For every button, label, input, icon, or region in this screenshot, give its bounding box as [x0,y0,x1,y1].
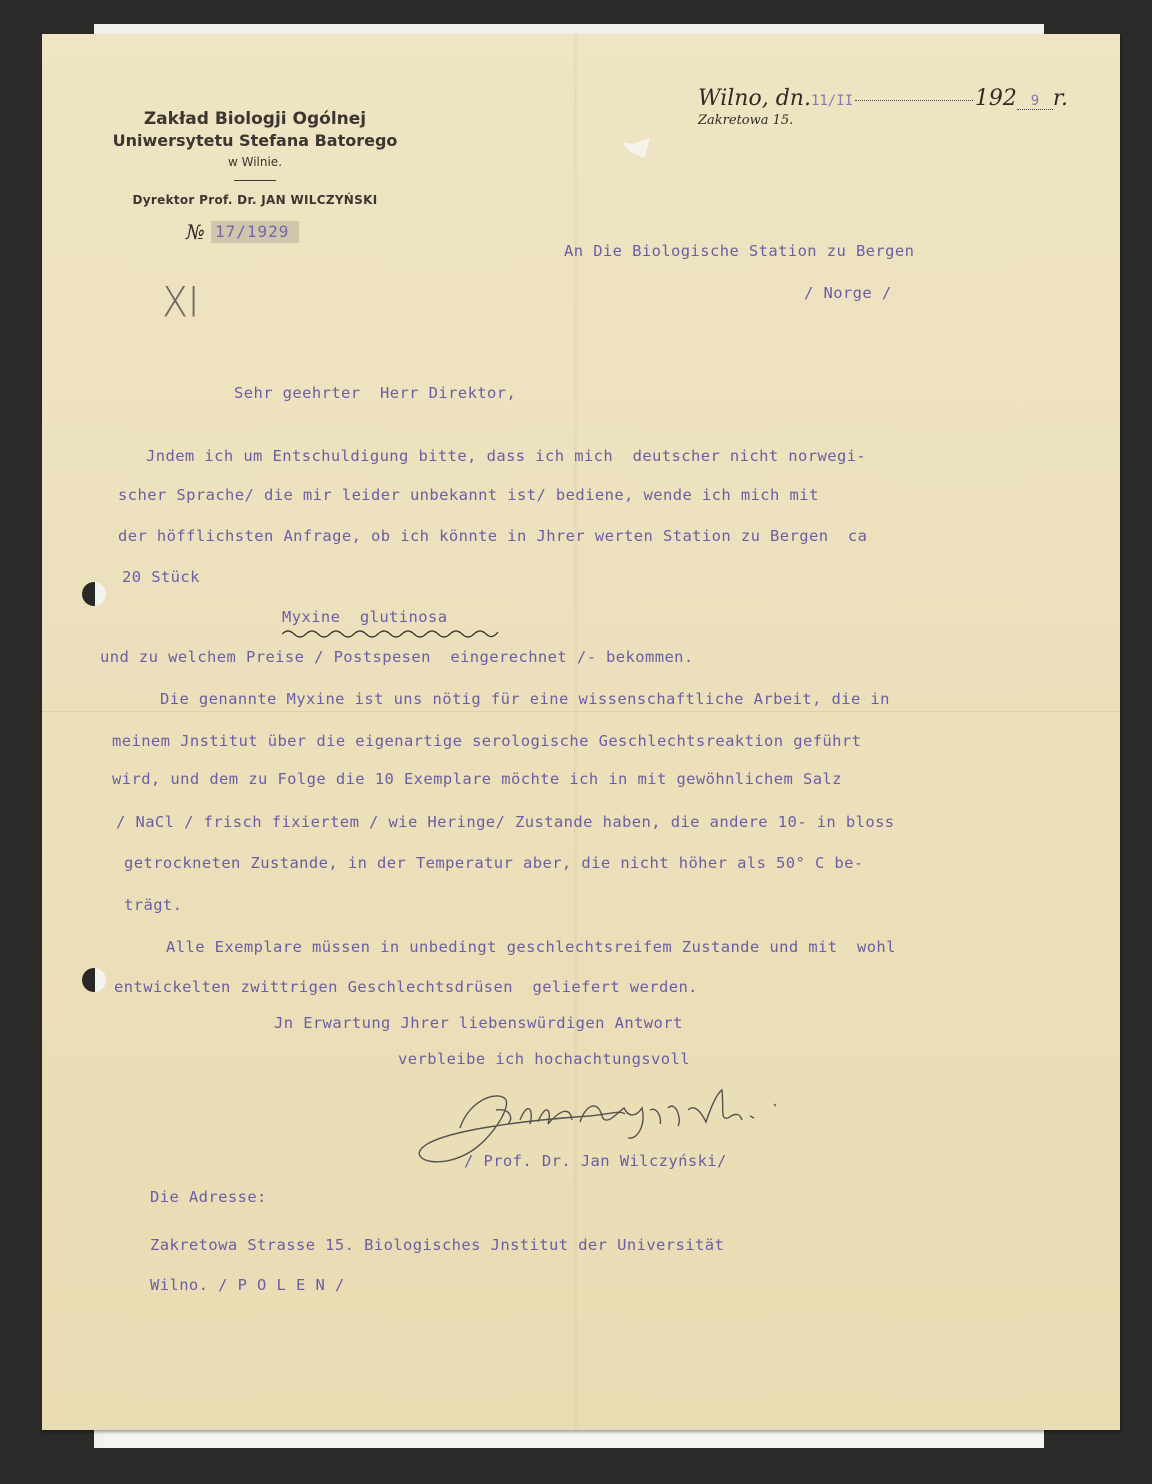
body-line: scher Sprache/ die mir leider unbekannt … [118,486,819,504]
dotted-line [855,100,973,101]
address-line-2: Wilno. / P O L E N / [150,1276,345,1294]
year-prefix: 192 [975,86,1017,111]
recipient-line-1: An Die Biologische Station zu Bergen [564,242,914,260]
body-line: / NaCl / frisch fixiertem / wie Heringe/… [116,813,895,831]
typed-signature: / Prof. Dr. Jan Wilczyński/ [464,1152,727,1170]
reference-number: № 17/1929 [186,220,299,244]
body-line: 20 Stück [122,568,200,586]
handwritten-annotation: XI [162,278,199,326]
numero-symbol: № [186,220,205,244]
body-line: wird, und dem zu Folge die 10 Exemplare … [112,770,842,788]
date-day-month: 11/II [811,93,853,109]
sender-address: Zakretowa 15. [698,113,1068,128]
director-name: Dyrektor Prof. Dr. JAN WILCZYŃSKI [90,191,420,209]
address-line-1: Zakretowa Strasse 15. Biologisches Jnsti… [150,1236,724,1254]
divider [234,180,276,181]
city-name: w Wilnie. [90,152,420,172]
body-line: meinem Jnstitut über die eigenartige ser… [112,732,861,750]
salutation: Sehr geehrter Herr Direktor, [234,384,516,402]
university-name: Uniwersytetu Stefana Batorego [90,130,420,152]
wavy-underline [282,626,506,638]
closing-line: Jn Erwartung Jhrer liebenswürdigen Antwo… [274,1014,683,1032]
place-label: Wilno, dn. [698,86,811,111]
body-line: Jndem ich um Entschuldigung bitte, dass … [146,447,866,465]
punch-hole [82,968,106,992]
closing-line: verbleibe ich hochachtungsvoll [398,1050,690,1068]
body-line: trägt. [124,896,182,914]
letterhead: Zakład Biologji Ogólnej Uniwersytetu Ste… [90,108,420,209]
body-line: entwickelten zwittrigen Geschlechtsdrüse… [114,978,698,996]
punch-hole [82,582,106,606]
recipient-line-2: / Norge / [804,284,892,302]
year-suffix: 9 [1017,93,1053,110]
body-line: und zu welchem Preise / Postspesen einge… [100,648,694,666]
body-line: Alle Exemplare müssen in unbedingt gesch… [166,938,896,956]
institution-name: Zakład Biologji Ogólnej [90,108,420,130]
species-name: Myxine glutinosa [282,608,447,626]
body-line: getrockneten Zustande, in der Temperatur… [124,854,864,872]
fold-line [42,711,1120,712]
body-line: Die genannte Myxine ist uns nötig für ei… [160,690,890,708]
back-sheet-edge [104,1430,1044,1448]
dateline: Wilno, dn. 11/II 192 9 r. Zakretowa 15. [698,86,1068,128]
reference-value: 17/1929 [211,221,299,243]
address-label: Die Adresse: [150,1188,267,1206]
year-end: r. [1053,86,1068,111]
body-line: der höfflichsten Anfrage, ob ich könnte … [118,527,867,545]
